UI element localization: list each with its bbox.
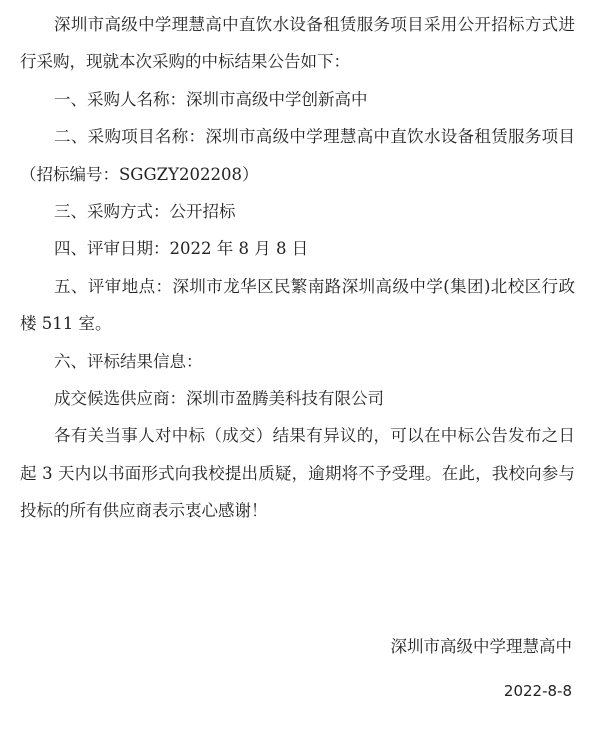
project-name: 二、采购项目名称：深圳市高级中学理慧高中直饮水设备租赁服务项目（招标编号：SGG… — [20, 118, 575, 193]
signature-organization: 深圳市高级中学理慧高中 — [391, 636, 573, 658]
signature-date: 2022-8-8 — [504, 680, 572, 702]
procurement-method: 三、采购方式：公开招标 — [20, 193, 575, 230]
intro-paragraph: 深圳市高级中学理慧高中直饮水设备租赁服务项目采用公开招标方式进行采购，现就本次采… — [20, 6, 575, 81]
announcement-body: 深圳市高级中学理慧高中直饮水设备租赁服务项目采用公开招标方式进行采购，现就本次采… — [20, 6, 575, 530]
result-info-heading: 六、评标结果信息： — [20, 343, 575, 380]
winning-supplier: 成交候选供应商：深圳市盈腾美科技有限公司 — [20, 380, 575, 417]
review-date: 四、评审日期：2022 年 8 月 8 日 — [20, 230, 575, 267]
purchaser-name: 一、采购人名称：深圳市高级中学创新高中 — [20, 81, 575, 118]
objection-notice: 各有关当事人对中标（成交）结果有异议的，可以在中标公告发布之日起 3 天内以书面… — [20, 417, 575, 529]
review-location: 五、评审地点：深圳市龙华区民繁南路深圳高级中学(集团)北校区行政楼 511 室。 — [20, 268, 575, 343]
